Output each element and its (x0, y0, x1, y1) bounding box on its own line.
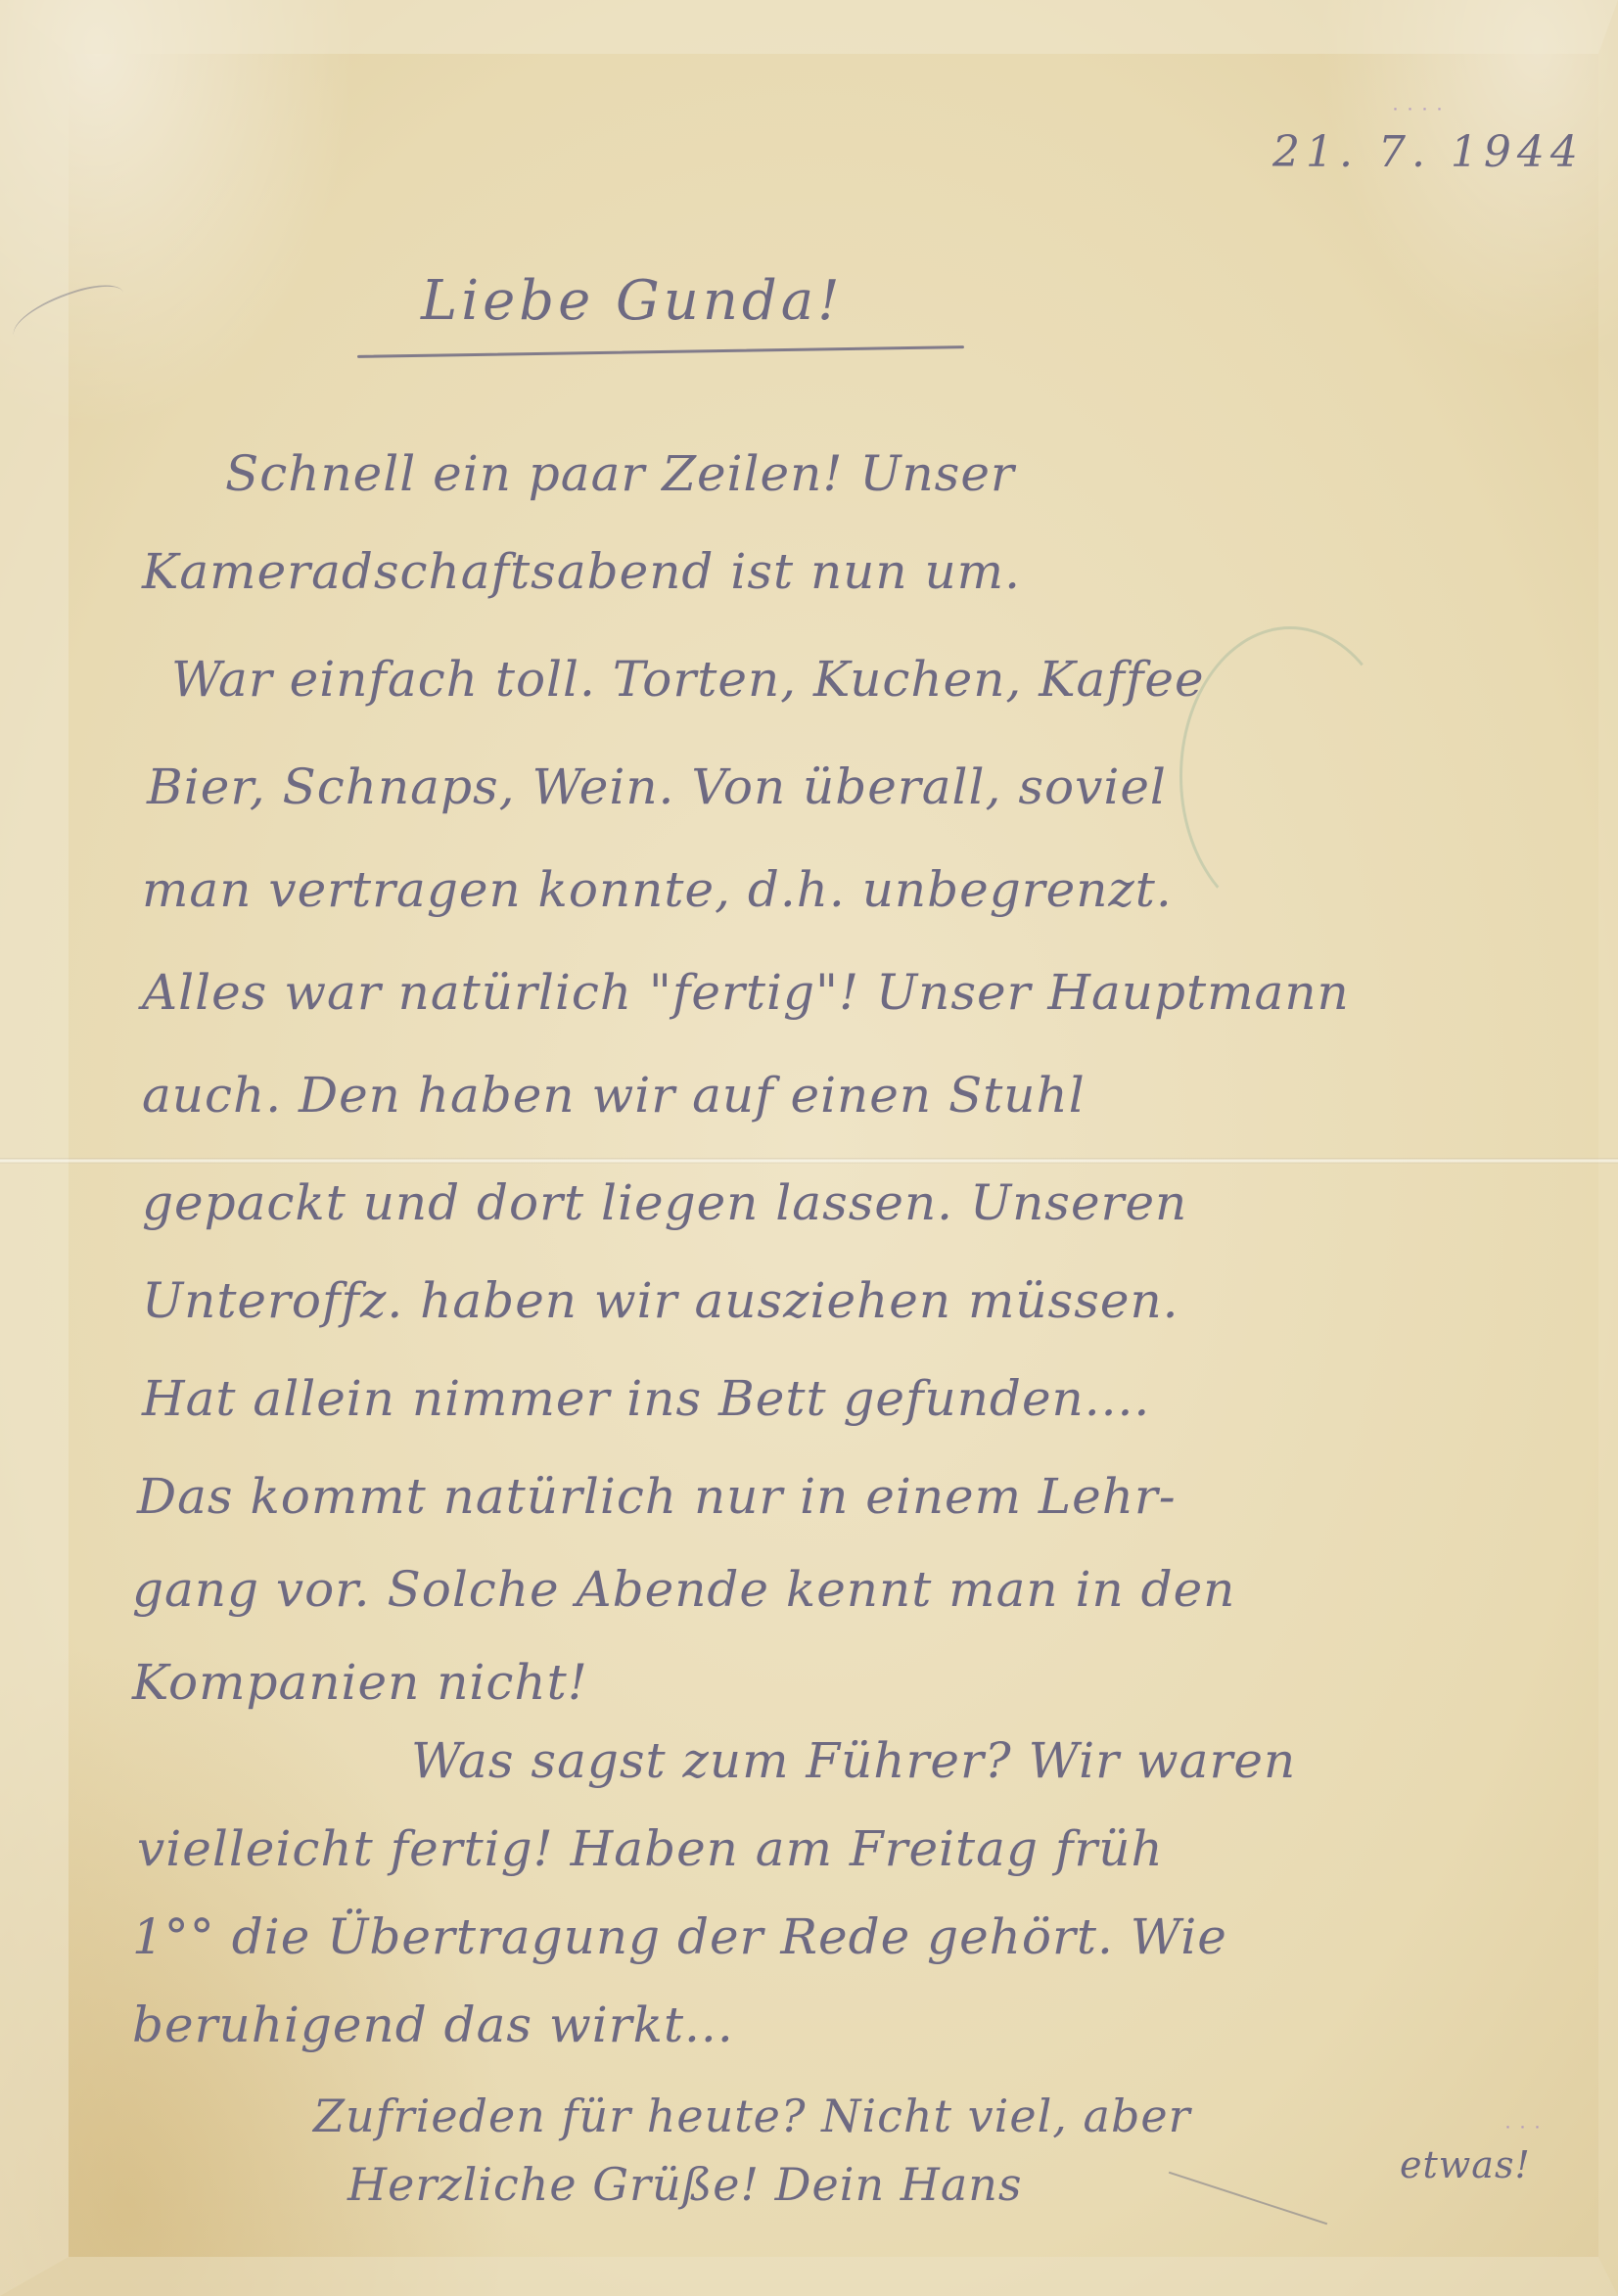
body-line-17: beruhigend das wirkt... (132, 1997, 734, 2053)
letter-date: 21. 7. 1944 (1272, 127, 1584, 177)
closing-greeting-signature: Herzliche Grüße! Dein Hans (347, 2158, 1022, 2211)
body-line-8: gepackt und dort liegen lassen. Unseren (142, 1174, 1187, 1231)
closing-line-2: etwas! (1400, 2143, 1531, 2186)
body-line-4: Bier, Schnaps, Wein. Von überall, soviel (147, 758, 1167, 815)
salutation-underline (357, 345, 964, 358)
body-line-6: Alles war natürlich "fertig"! Unser Haup… (142, 964, 1350, 1021)
violet-ink-smudge-bottom: ˙˙˙ (1502, 2124, 1547, 2148)
body-line-2: Kameradschaftsabend ist nun um. (142, 543, 1021, 600)
body-line-1: Schnell ein paar Zeilen! Unser (225, 445, 1015, 502)
body-line-11: Das kommt natürlich nur in einem Lehr- (137, 1468, 1177, 1525)
paper-fold-crease (0, 1158, 1618, 1164)
body-line-10: Hat allein nimmer ins Bett gefunden.... (142, 1370, 1150, 1427)
letter-page: ˙˙˙˙ 21. 7. 1944 Liebe Gunda! Schnell ei… (0, 0, 1618, 2296)
body-line-15: vielleicht fertig! Haben am Freitag früh (137, 1820, 1164, 1877)
body-line-3: War einfach toll. Torten, Kuchen, Kaffee (171, 651, 1205, 708)
closing-line-1: Zufrieden für heute? Nicht viel, aber (313, 2089, 1191, 2142)
signature-tail-stroke (1169, 2172, 1327, 2225)
body-line-16: 1°° die Übertragung der Rede gehört. Wie (132, 1908, 1227, 1965)
body-line-13: Kompanien nicht! (132, 1654, 588, 1711)
body-line-5: man vertragen konnte, d.h. unbegrenzt. (142, 861, 1173, 918)
letter-salutation: Liebe Gunda! (421, 269, 844, 333)
body-line-7: auch. Den haben wir auf einen Stuhl (142, 1067, 1086, 1124)
body-line-12: gang vor. Solche Abende kennt man in den (132, 1561, 1235, 1618)
faint-green-stamp-mark (1179, 626, 1401, 926)
body-line-14: Was sagst zum Führer? Wir waren (411, 1732, 1296, 1789)
margin-pencil-mark (6, 276, 130, 351)
body-line-9: Unteroffz. haben wir ausziehen müssen. (142, 1272, 1179, 1329)
